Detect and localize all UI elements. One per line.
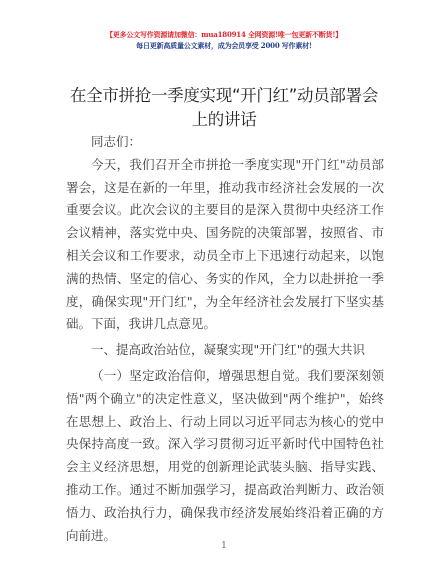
intro-paragraph: 今天，我们召开全市拼抢一季度实现"开门红"动员部署会，这是在新的一年里，推动我市… xyxy=(66,154,384,336)
page-number: 1 xyxy=(0,541,448,551)
document-page: 【更多公文写作资源请加微信：mua180914 全网资源!唯一包更新不断货!】 … xyxy=(0,0,448,580)
promo-banner-line2: 每日更新高质量公文素材，成为会员享受 2000 写作素材! xyxy=(0,41,448,51)
document-title-line1: 在全市拼抢一季度实现“开门红”动员部署会 xyxy=(56,84,392,108)
section-heading: 一、提高政治站位，凝聚实现"开门红"的强大共识 xyxy=(66,339,384,362)
greeting: 同志们： xyxy=(66,131,384,154)
document-body: 同志们： 今天，我们召开全市拼抢一季度实现"开门红"动员部署会，这是在新的一年里… xyxy=(66,131,384,547)
subsection-paragraph: （一）坚定政治信仰，增强思想自觉。我们要深刻领悟"两个确立"的决定性意义，坚决做… xyxy=(66,365,384,547)
promo-banner-line1: 【更多公文写作资源请加微信：mua180914 全网资源!唯一包更新不断货!】 xyxy=(0,30,448,40)
document-title-line2: 上的讲话 xyxy=(56,108,392,132)
